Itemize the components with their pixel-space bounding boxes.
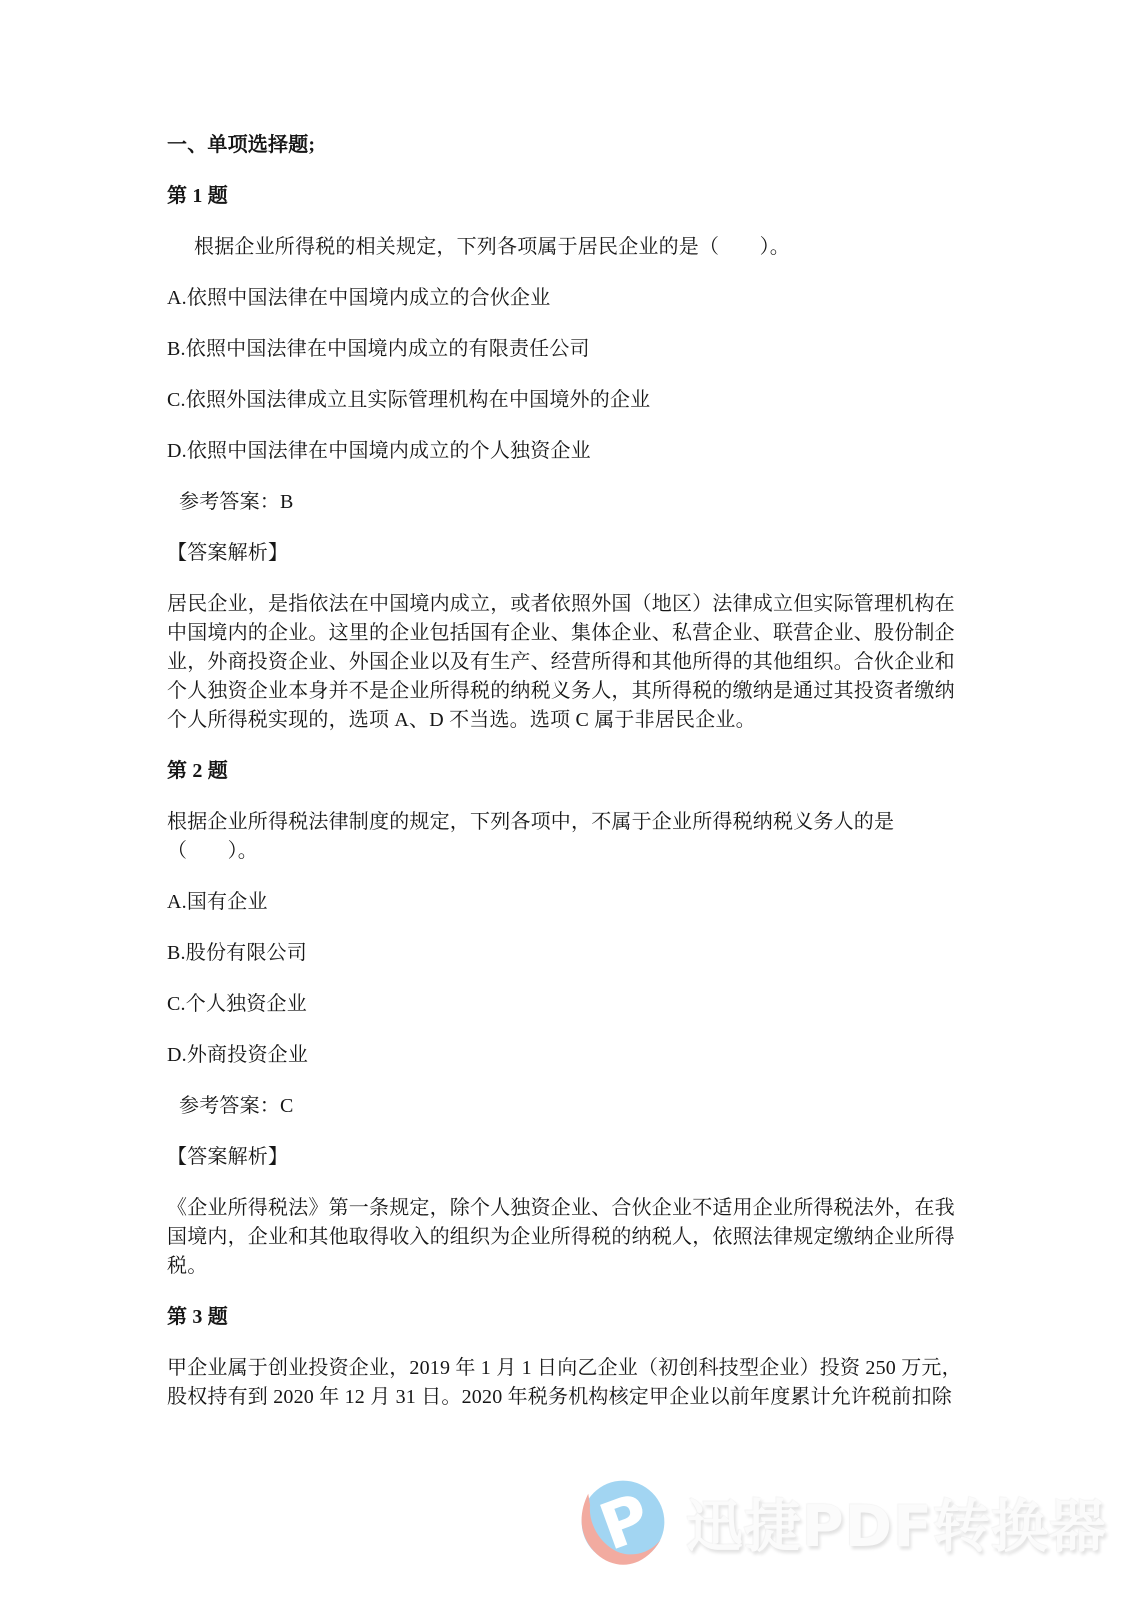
- question-3-title: 第 3 题: [167, 1303, 967, 1332]
- question-1-stem: 根据企业所得税的相关规定，下列各项属于居民企业的是（ ）。: [167, 233, 967, 262]
- pdf-converter-watermark: P 迅捷PDF转换器: [576, 1472, 1107, 1572]
- question-1-analysis-heading: 【答案解析】: [167, 539, 967, 568]
- question-1-option-b: B.依照中国法律在中国境内成立的有限责任公司: [167, 335, 967, 364]
- question-2-analysis-heading: 【答案解析】: [167, 1143, 967, 1172]
- question-1-answer: 参考答案：B: [167, 488, 967, 517]
- question-1-option-d: D.依照中国法律在中国境内成立的个人独资企业: [167, 437, 967, 466]
- question-2: 第 2 题 根据企业所得税法律制度的规定，下列各项中，不属于企业所得税纳税义务人…: [167, 757, 967, 1281]
- document-content: 一、单项选择题; 第 1 题 根据企业所得税的相关规定，下列各项属于居民企业的是…: [167, 131, 967, 1434]
- question-2-option-a: A.国有企业: [167, 888, 967, 917]
- question-2-option-b: B.股份有限公司: [167, 939, 967, 968]
- question-1-analysis: 居民企业，是指依法在中国境内成立，或者依照外国（地区）法律成立但实际管理机构在中…: [167, 590, 967, 735]
- question-3-stem: 甲企业属于创业投资企业，2019 年 1 月 1 日向乙企业（初创科技型企业）投…: [167, 1354, 967, 1412]
- question-2-stem: 根据企业所得税法律制度的规定，下列各项中，不属于企业所得税纳税义务人的是（ ）。: [167, 808, 967, 866]
- question-1-option-a: A.依照中国法律在中国境内成立的合伙企业: [167, 284, 967, 313]
- pdf-converter-logo-icon: P: [576, 1472, 670, 1572]
- question-1: 第 1 题 根据企业所得税的相关规定，下列各项属于居民企业的是（ ）。 A.依照…: [167, 182, 967, 735]
- question-2-option-c: C.个人独资企业: [167, 990, 967, 1019]
- watermark-text: 迅捷PDF转换器: [686, 1481, 1107, 1563]
- section-heading: 一、单项选择题;: [167, 131, 967, 160]
- question-2-title: 第 2 题: [167, 757, 967, 786]
- question-2-answer: 参考答案：C: [167, 1092, 967, 1121]
- question-2-option-d: D.外商投资企业: [167, 1041, 967, 1070]
- question-3: 第 3 题 甲企业属于创业投资企业，2019 年 1 月 1 日向乙企业（初创科…: [167, 1303, 967, 1412]
- question-2-analysis: 《企业所得税法》第一条规定，除个人独资企业、合伙企业不适用企业所得税法外，在我国…: [167, 1194, 967, 1281]
- question-1-title: 第 1 题: [167, 182, 967, 211]
- document-page: 一、单项选择题; 第 1 题 根据企业所得税的相关规定，下列各项属于居民企业的是…: [0, 0, 1131, 1600]
- question-1-option-c: C.依照外国法律成立且实际管理机构在中国境外的企业: [167, 386, 967, 415]
